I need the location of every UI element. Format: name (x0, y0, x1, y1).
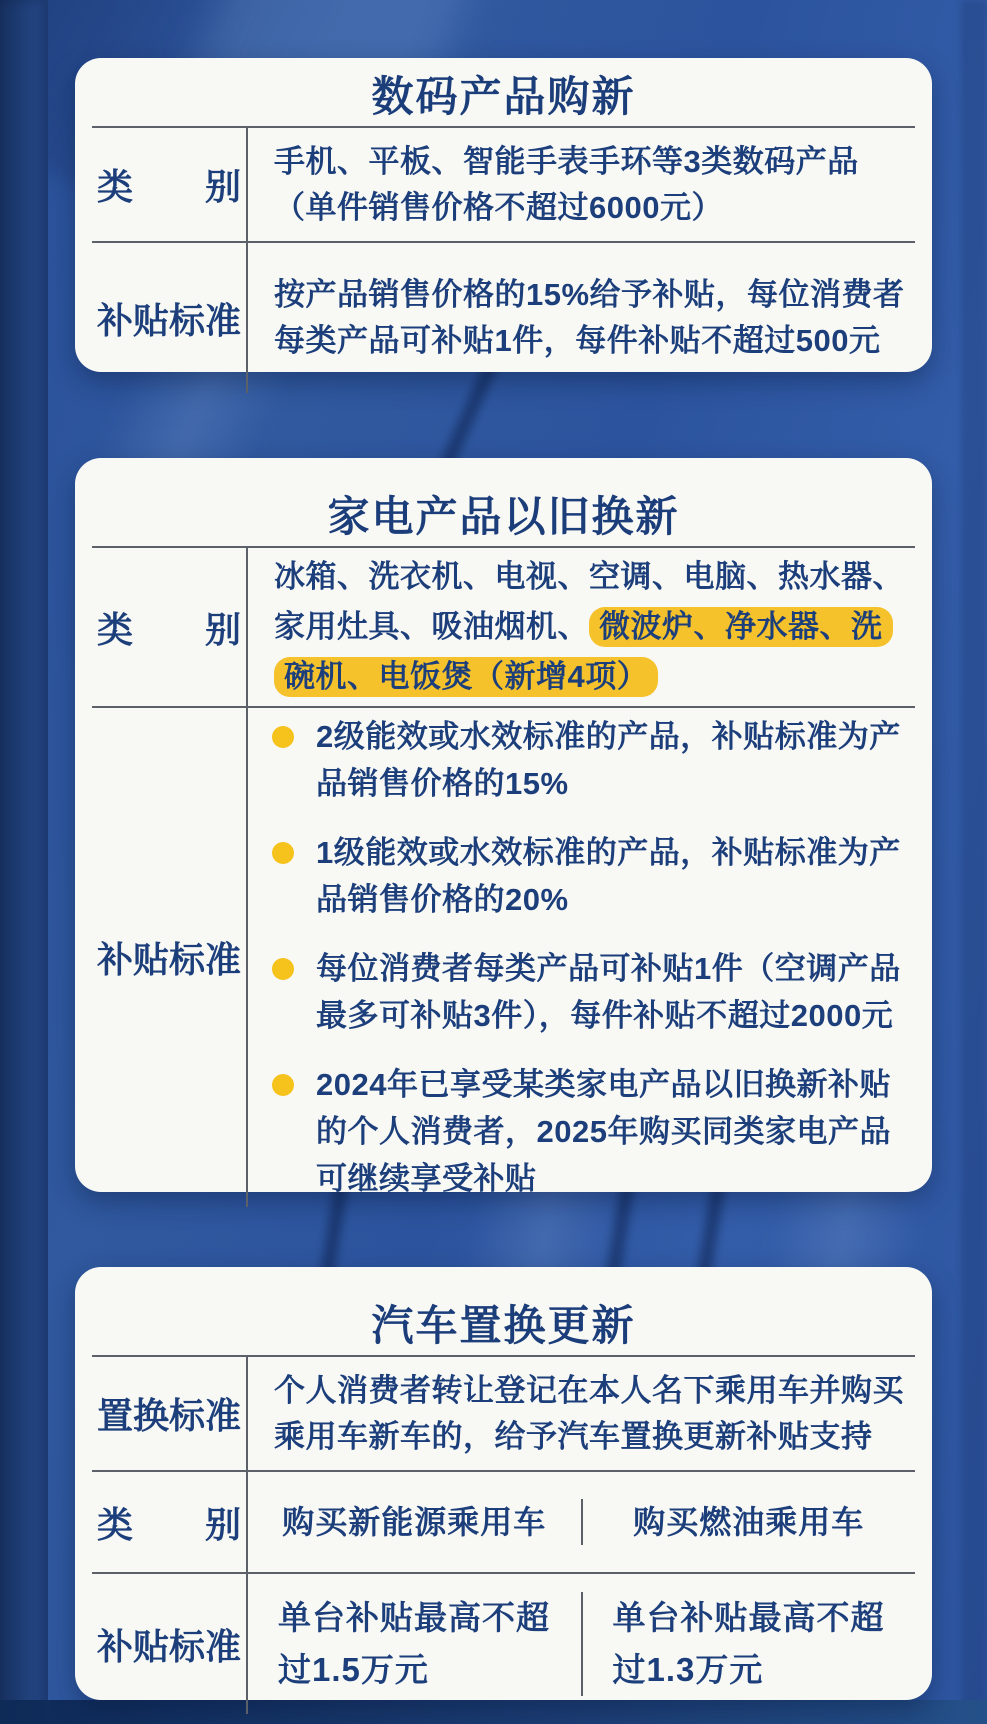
row-content: 个人消费者转让登记在本人名下乘用车并购买乘用车新车的，给予汽车置换更新补贴支持 (246, 1357, 915, 1470)
row-label: 补贴标准 (92, 708, 246, 1207)
list-item: 每位消费者每类产品可补贴1件（空调产品最多可补贴3件），每件补贴不超过2000元 (272, 945, 907, 1039)
subsidy-cell-new-energy: 单台补贴最高不超过1.5万元 (248, 1592, 581, 1696)
bullet-dot-icon (272, 1074, 294, 1096)
list-item: 1级能效或水效标准的产品，补贴标准为产品销售价格的20% (272, 829, 907, 923)
card-title: 家电产品以旧换新 (75, 458, 932, 546)
row-content: 2级能效或水效标准的产品，补贴标准为产品销售价格的15% 1级能效或水效标准的产… (246, 708, 915, 1207)
row-content: 购买新能源乘用车 购买燃油乘用车 (246, 1472, 915, 1572)
bullet-text: 1级能效或水效标准的产品，补贴标准为产品销售价格的20% (316, 829, 907, 923)
bullet-dot-icon (272, 726, 294, 748)
bullet-text: 每位消费者每类产品可补贴1件（空调产品最多可补贴3件），每件补贴不超过2000元 (316, 945, 907, 1039)
table-row: 置换标准 个人消费者转让登记在本人名下乘用车并购买乘用车新车的，给予汽车置换更新… (92, 1357, 915, 1472)
appliance-tradein-table: 类 别 冰箱、洗衣机、电视、空调、电脑、热水器、家用灶具、吸油烟机、微波炉、净水… (92, 546, 915, 1207)
list-item: 2级能效或水效标准的产品，补贴标准为产品销售价格的15% (272, 713, 907, 807)
card-title: 数码产品购新 (75, 58, 932, 126)
table-row: 补贴标准 单台补贴最高不超过1.5万元 单台补贴最高不超过1.3万元 (92, 1574, 915, 1714)
category-cell-fuel: 购买燃油乘用车 (581, 1499, 916, 1545)
table-row: 类 别 手机、平板、智能手表手环等3类数码产品（单件销售价格不超过6000元） (92, 128, 915, 243)
appliance-tradein-card: 家电产品以旧换新 类 别 冰箱、洗衣机、电视、空调、电脑、热水器、家用灶具、吸油… (75, 458, 932, 1192)
list-item: 2024年已享受某类家电产品以旧换新补贴的个人消费者，2025年购买同类家电产品… (272, 1061, 907, 1202)
row-label: 类 别 (92, 548, 246, 706)
table-row: 补贴标准 2级能效或水效标准的产品，补贴标准为产品销售价格的15% 1级能效或水… (92, 708, 915, 1207)
category-cell-new-energy: 购买新能源乘用车 (248, 1499, 581, 1545)
car-replacement-card: 汽车置换更新 置换标准 个人消费者转让登记在本人名下乘用车并购买乘用车新车的，给… (75, 1267, 932, 1700)
table-row: 类 别 购买新能源乘用车 购买燃油乘用车 (92, 1472, 915, 1574)
row-label: 补贴标准 (92, 1574, 246, 1714)
row-content: 按产品销售价格的15%给予补贴，每位消费者每类产品可补贴1件，每件补贴不超过50… (246, 243, 915, 393)
car-replacement-table: 置换标准 个人消费者转让登记在本人名下乘用车并购买乘用车新车的，给予汽车置换更新… (92, 1355, 915, 1714)
row-label: 置换标准 (92, 1357, 246, 1470)
bullet-text: 2级能效或水效标准的产品，补贴标准为产品销售价格的15% (316, 713, 907, 807)
bullet-text: 2024年已享受某类家电产品以旧换新补贴的个人消费者，2025年购买同类家电产品… (316, 1061, 907, 1202)
left-edge-strip (0, 0, 48, 1724)
row-content: 手机、平板、智能手表手环等3类数码产品（单件销售价格不超过6000元） (246, 128, 915, 241)
subsidy-cell-fuel: 单台补贴最高不超过1.3万元 (581, 1592, 916, 1696)
table-row: 补贴标准 按产品销售价格的15%给予补贴，每位消费者每类产品可补贴1件，每件补贴… (92, 243, 915, 393)
right-edge-strip (961, 0, 987, 1724)
table-row: 类 别 冰箱、洗衣机、电视、空调、电脑、热水器、家用灶具、吸油烟机、微波炉、净水… (92, 548, 915, 708)
bullet-dot-icon (272, 842, 294, 864)
row-label: 类 别 (92, 1472, 246, 1572)
digital-products-table: 类 别 手机、平板、智能手表手环等3类数码产品（单件销售价格不超过6000元） … (92, 126, 915, 393)
digital-products-card: 数码产品购新 类 别 手机、平板、智能手表手环等3类数码产品（单件销售价格不超过… (75, 58, 932, 372)
row-content: 单台补贴最高不超过1.5万元 单台补贴最高不超过1.3万元 (246, 1574, 915, 1714)
row-label: 类 别 (92, 128, 246, 241)
card-title: 汽车置换更新 (75, 1267, 932, 1355)
row-content: 冰箱、洗衣机、电视、空调、电脑、热水器、家用灶具、吸油烟机、微波炉、净水器、洗碗… (246, 548, 915, 706)
row-label: 补贴标准 (92, 243, 246, 393)
bullet-dot-icon (272, 958, 294, 980)
infographic-canvas: 数码产品购新 类 别 手机、平板、智能手表手环等3类数码产品（单件销售价格不超过… (0, 0, 987, 1724)
